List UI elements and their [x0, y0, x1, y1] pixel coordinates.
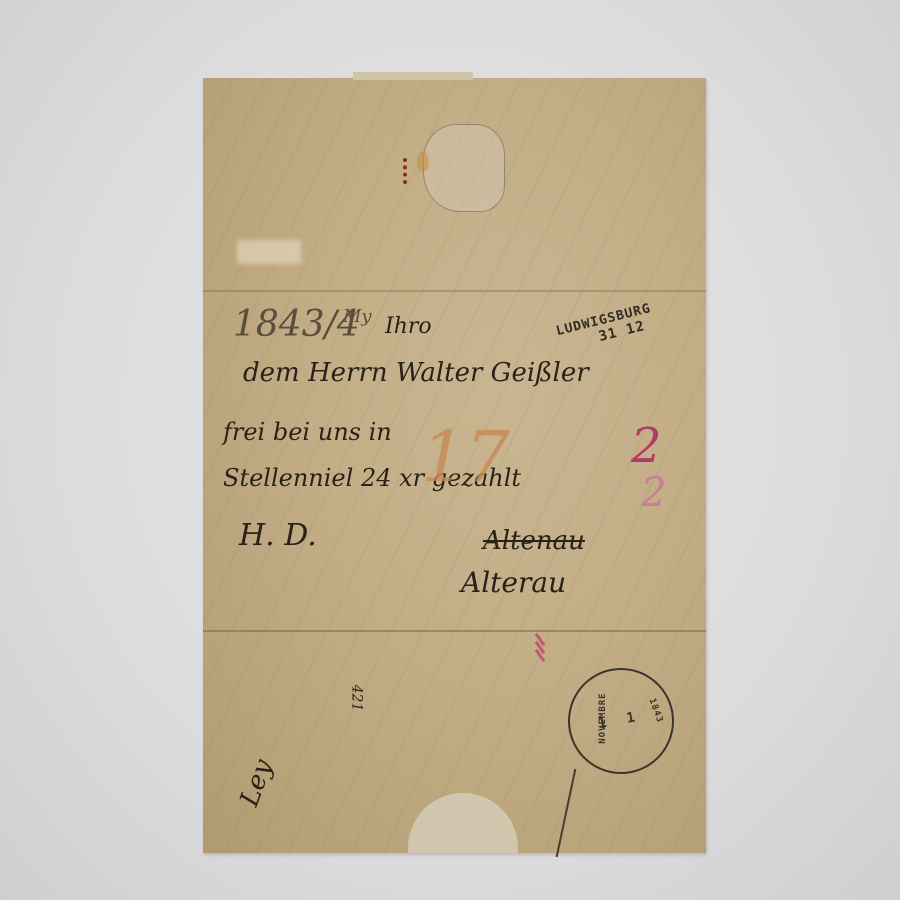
- pen-stroke: [556, 769, 577, 857]
- paper-top-tab: [353, 72, 473, 80]
- fold-line-bottom: [203, 630, 706, 632]
- pencil-note: 421: [348, 685, 364, 712]
- ink-note: Ley: [234, 756, 278, 811]
- red-rate-numeral-faint: 2: [641, 470, 666, 516]
- circular-postmark-right-text: 1843: [647, 697, 665, 725]
- paper-tear: [408, 793, 518, 853]
- circular-postmark: NOVEMBRE 1 1 1843: [560, 660, 683, 783]
- letter-sheet: 1843/4 My Ihro dem Herrn Walter Geißler …: [203, 78, 706, 853]
- wax-seal-remnant: [423, 124, 505, 212]
- red-rate-numeral: 2: [631, 418, 662, 474]
- red-seal-trace: [403, 158, 417, 184]
- address-line-1: Ihro: [385, 314, 432, 339]
- orange-rate-numeral: 17: [421, 416, 510, 498]
- fold-line-top: [203, 290, 706, 292]
- orange-seal-trace: [417, 152, 429, 172]
- red-slash-marks: [533, 633, 553, 669]
- address-initials: H. D.: [239, 518, 317, 553]
- paper-stain: [237, 240, 301, 264]
- docket-year: 1843/4: [233, 304, 360, 345]
- straight-line-postmark: LUDWIGSBURG 31 12: [555, 289, 710, 369]
- destination-struck: Altenau: [483, 526, 585, 556]
- destination: Alterau: [461, 566, 566, 599]
- docket-prefix: My: [343, 306, 372, 327]
- address-line-3: frei bei uns in: [223, 418, 392, 446]
- address-line-2: dem Herrn Walter Geißler: [243, 358, 589, 388]
